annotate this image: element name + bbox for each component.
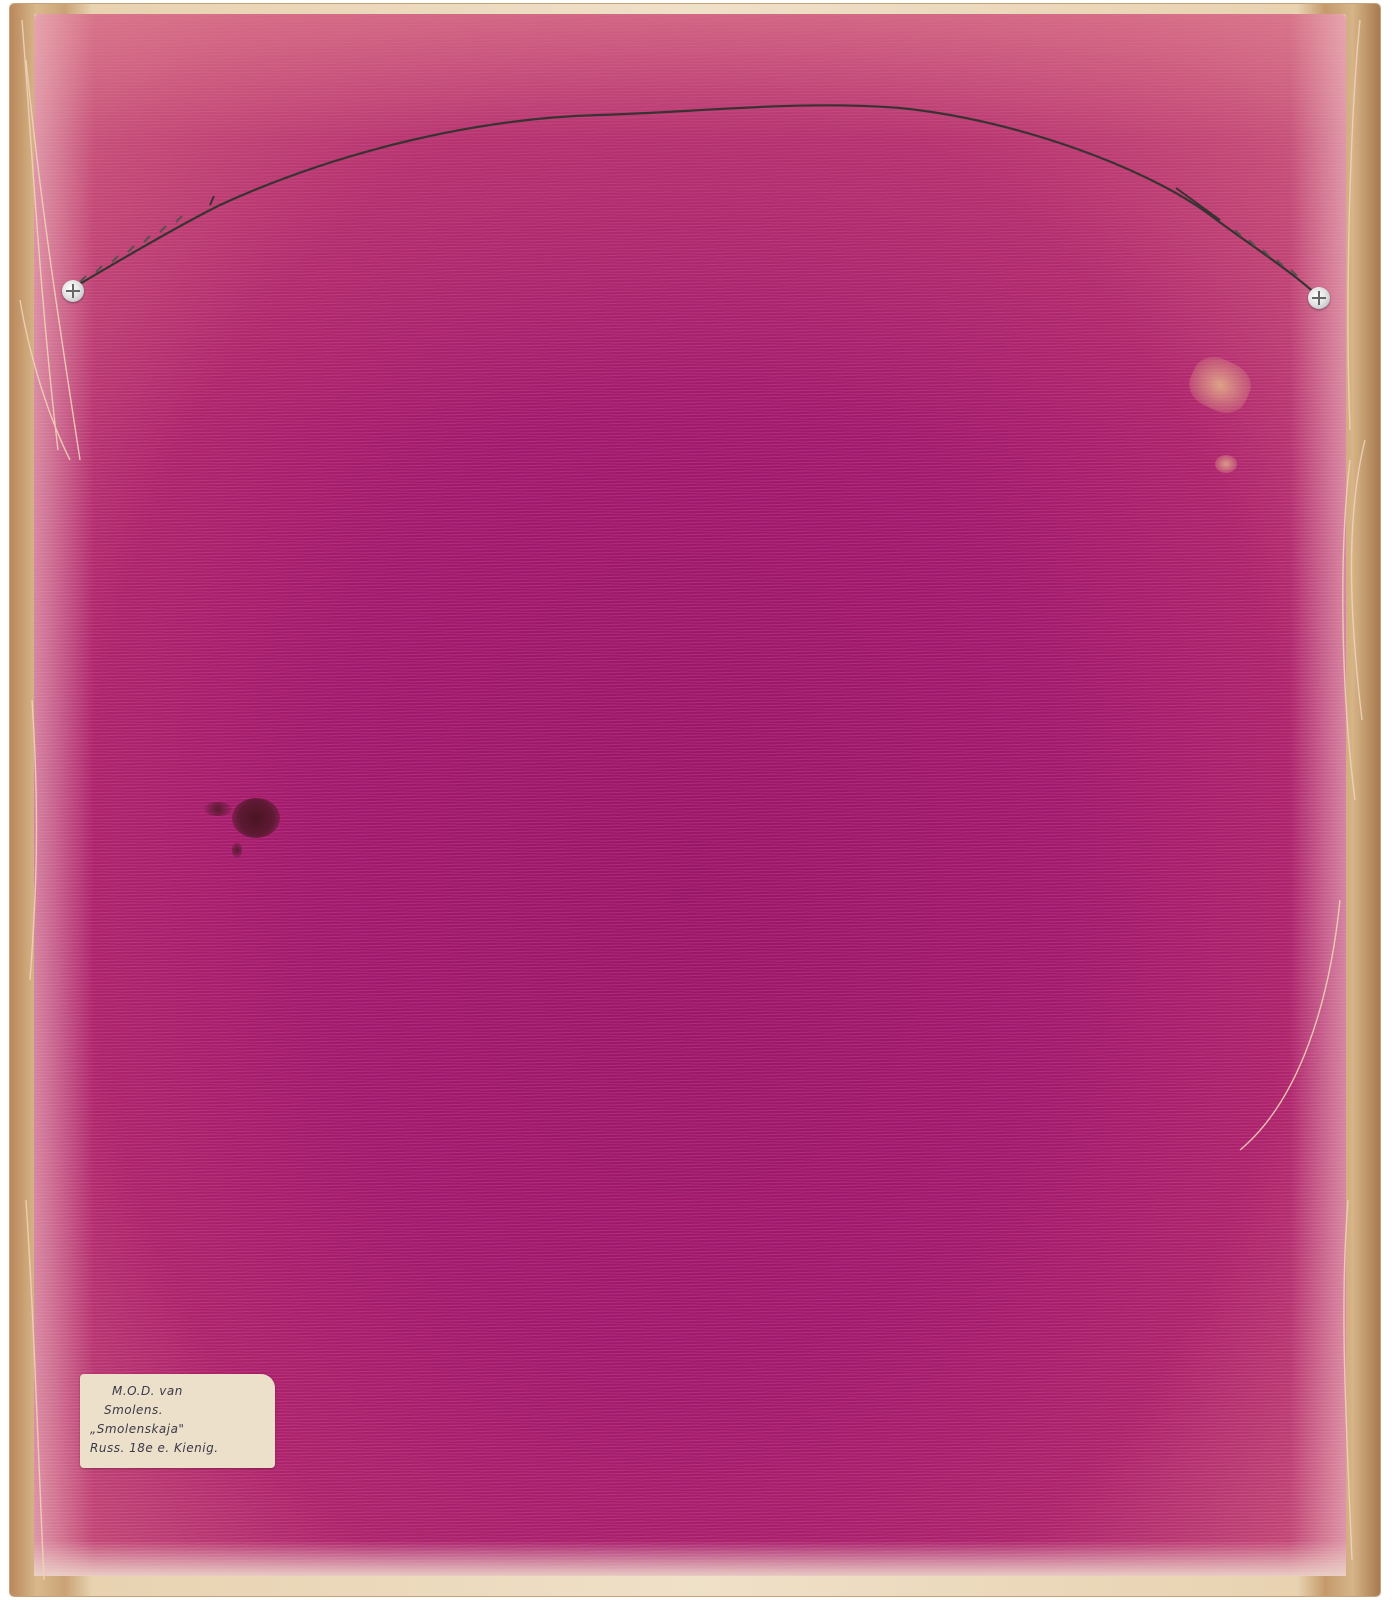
label-line-2: Smolens. [90, 1401, 265, 1420]
faded-fabric-right [1290, 14, 1346, 1576]
dark-stain-small [204, 802, 232, 816]
label-line-1: M.O.D. van [90, 1382, 265, 1401]
dark-stain [232, 798, 280, 838]
faded-fabric-bottom [34, 1540, 1346, 1576]
photograph: M.O.D. van Smolens. „Smolenskaja" Russ. … [0, 0, 1392, 1600]
faded-light-stain-small [1215, 455, 1237, 473]
faded-fabric-left [34, 14, 94, 1576]
label-line-3: „Smolenskaja" [90, 1420, 265, 1439]
label-line-4: Russ. 18e e. Kienig. [90, 1439, 265, 1458]
screw-eye-left [62, 280, 84, 302]
dark-stain-drip [232, 842, 242, 858]
silk-backing-fabric [34, 14, 1346, 1576]
screw-eye-right [1308, 287, 1330, 309]
handwritten-label: M.O.D. van Smolens. „Smolenskaja" Russ. … [80, 1374, 275, 1468]
